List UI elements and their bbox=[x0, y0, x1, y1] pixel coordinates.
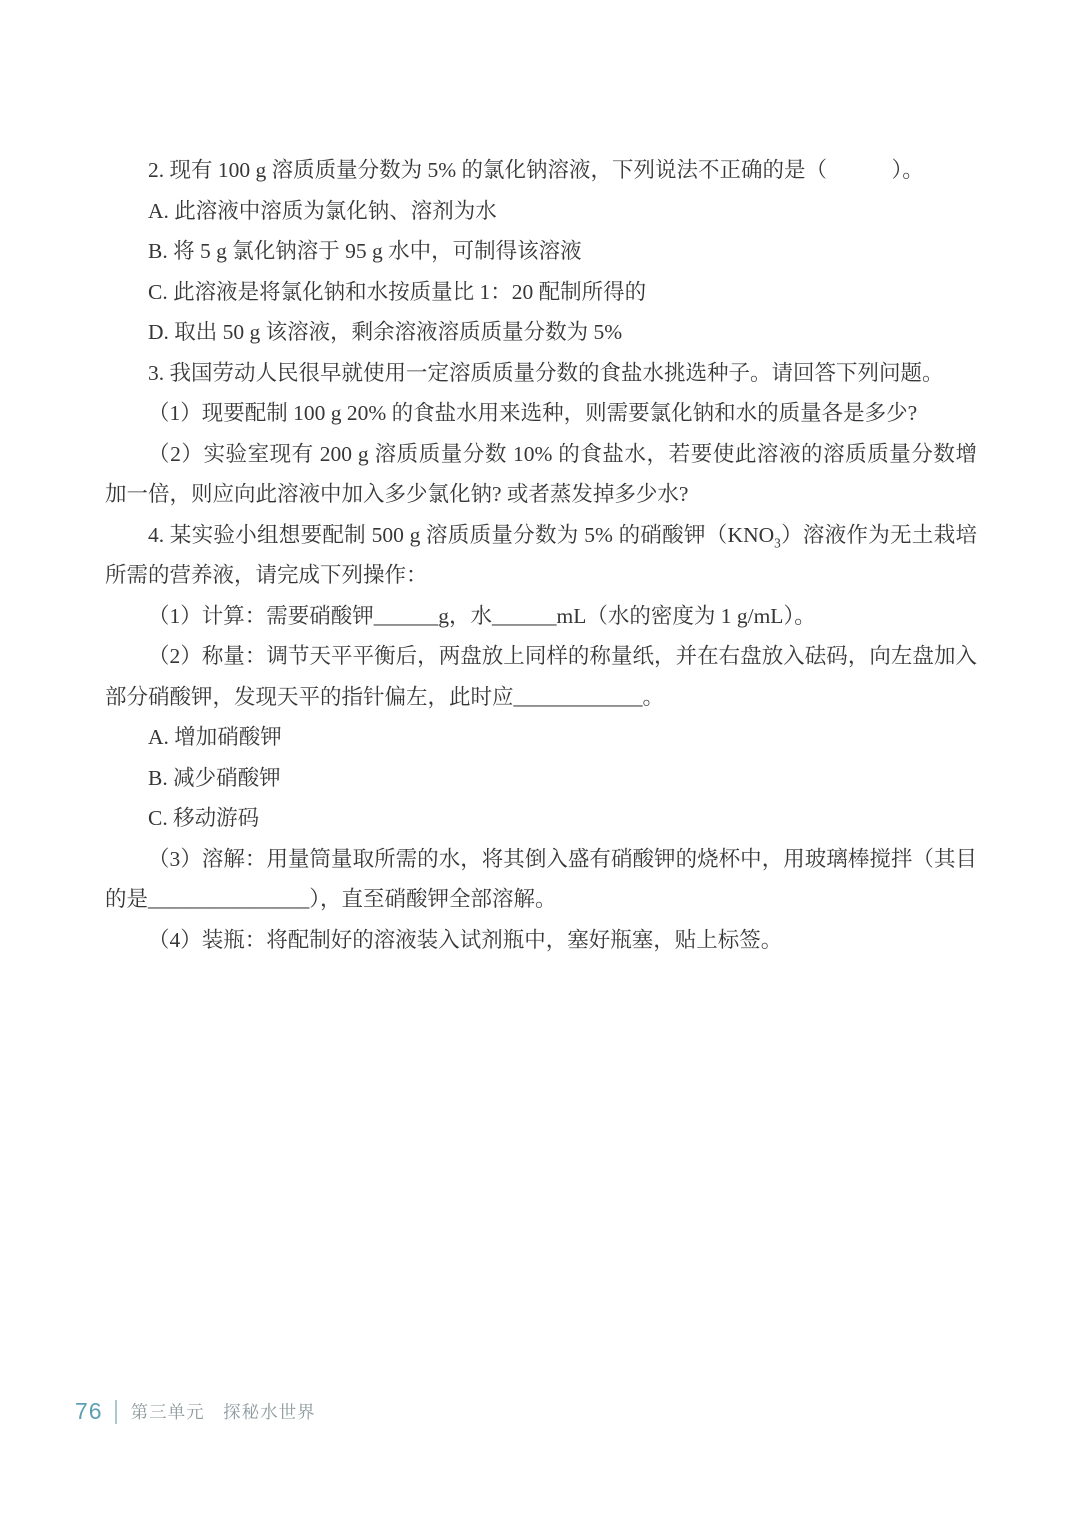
text-segment: 2. 现有 100 g 溶质质量分数为 5% 的氯化钠溶液，下列说法不正确的是（… bbox=[148, 158, 924, 182]
text-segment: B. 将 5 g 氯化钠溶于 95 g 水中，可制得该溶液 bbox=[148, 239, 582, 263]
text-segment: （1）计算：需要硝酸钾______g，水______mL（水的密度为 1 g/m… bbox=[148, 604, 816, 628]
paragraph: C. 移动游码 bbox=[105, 798, 977, 839]
subscript-text: 3 bbox=[774, 535, 781, 550]
paragraph: C. 此溶液是将氯化钠和水按质量比 1：20 配制所得的 bbox=[105, 272, 977, 313]
text-segment: （2）称量：调节天平平衡后，两盘放上同样的称量纸，并在右盘放入砝码，向左盘加入部… bbox=[105, 644, 977, 709]
paragraph: 3. 我国劳动人民很早就使用一定溶质质量分数的食盐水挑选种子。请回答下列问题。 bbox=[105, 353, 977, 394]
text-segment: 3. 我国劳动人民很早就使用一定溶质质量分数的食盐水挑选种子。请回答下列问题。 bbox=[148, 361, 944, 385]
paragraph: D. 取出 50 g 该溶液，剩余溶液溶质质量分数为 5% bbox=[105, 312, 977, 353]
text-segment: （1）现要配制 100 g 20% 的食盐水用来选种，则需要氯化钠和水的质量各是… bbox=[148, 401, 917, 425]
question-text-block: 2. 现有 100 g 溶质质量分数为 5% 的氯化钠溶液，下列说法不正确的是（… bbox=[105, 150, 977, 960]
paragraph: （2）称量：调节天平平衡后，两盘放上同样的称量纸，并在右盘放入砝码，向左盘加入部… bbox=[105, 636, 977, 717]
textbook-page: 2. 现有 100 g 溶质质量分数为 5% 的氯化钠溶液，下列说法不正确的是（… bbox=[0, 0, 1080, 1528]
text-segment: A. 增加硝酸钾 bbox=[148, 725, 282, 749]
page-number: 76 bbox=[75, 1398, 103, 1425]
paragraph: A. 增加硝酸钾 bbox=[105, 717, 977, 758]
paragraph: （1）计算：需要硝酸钾______g，水______mL（水的密度为 1 g/m… bbox=[105, 596, 977, 637]
text-segment: 4. 某实验小组想要配制 500 g 溶质质量分数为 5% 的硝酸钾（KNO bbox=[148, 523, 774, 547]
paragraph: B. 减少硝酸钾 bbox=[105, 758, 977, 799]
text-segment: D. 取出 50 g 该溶液，剩余溶液溶质质量分数为 5% bbox=[148, 320, 622, 344]
text-segment: A. 此溶液中溶质为氯化钠、溶剂为水 bbox=[148, 199, 497, 223]
page-footer: 76 第三单元 探秘水世界 bbox=[75, 1398, 316, 1425]
paragraph: （3）溶解：用量筒量取所需的水，将其倒入盛有硝酸钾的烧杯中，用玻璃棒搅拌（其目的… bbox=[105, 839, 977, 920]
footer-separator-rule bbox=[115, 1400, 117, 1424]
text-segment: C. 此溶液是将氯化钠和水按质量比 1：20 配制所得的 bbox=[148, 280, 646, 304]
paragraph: B. 将 5 g 氯化钠溶于 95 g 水中，可制得该溶液 bbox=[105, 231, 977, 272]
paragraph: （1）现要配制 100 g 20% 的食盐水用来选种，则需要氯化钠和水的质量各是… bbox=[105, 393, 977, 434]
paragraph: （2）实验室现有 200 g 溶质质量分数 10% 的食盐水，若要使此溶液的溶质… bbox=[105, 434, 977, 515]
text-segment: （3）溶解：用量筒量取所需的水，将其倒入盛有硝酸钾的烧杯中，用玻璃棒搅拌（其目的… bbox=[105, 847, 977, 912]
paragraph: A. 此溶液中溶质为氯化钠、溶剂为水 bbox=[105, 191, 977, 232]
text-segment: （4）装瓶：将配制好的溶液装入试剂瓶中，塞好瓶塞，贴上标签。 bbox=[148, 928, 782, 952]
footer-section-title: 第三单元 探秘水世界 bbox=[131, 1399, 316, 1424]
text-segment: （2）实验室现有 200 g 溶质质量分数 10% 的食盐水，若要使此溶液的溶质… bbox=[105, 442, 977, 507]
paragraph: 2. 现有 100 g 溶质质量分数为 5% 的氯化钠溶液，下列说法不正确的是（… bbox=[105, 150, 977, 191]
paragraph: （4）装瓶：将配制好的溶液装入试剂瓶中，塞好瓶塞，贴上标签。 bbox=[105, 920, 977, 961]
text-segment: B. 减少硝酸钾 bbox=[148, 766, 281, 790]
text-segment: C. 移动游码 bbox=[148, 806, 259, 830]
paragraph: 4. 某实验小组想要配制 500 g 溶质质量分数为 5% 的硝酸钾（KNO3）… bbox=[105, 515, 977, 596]
